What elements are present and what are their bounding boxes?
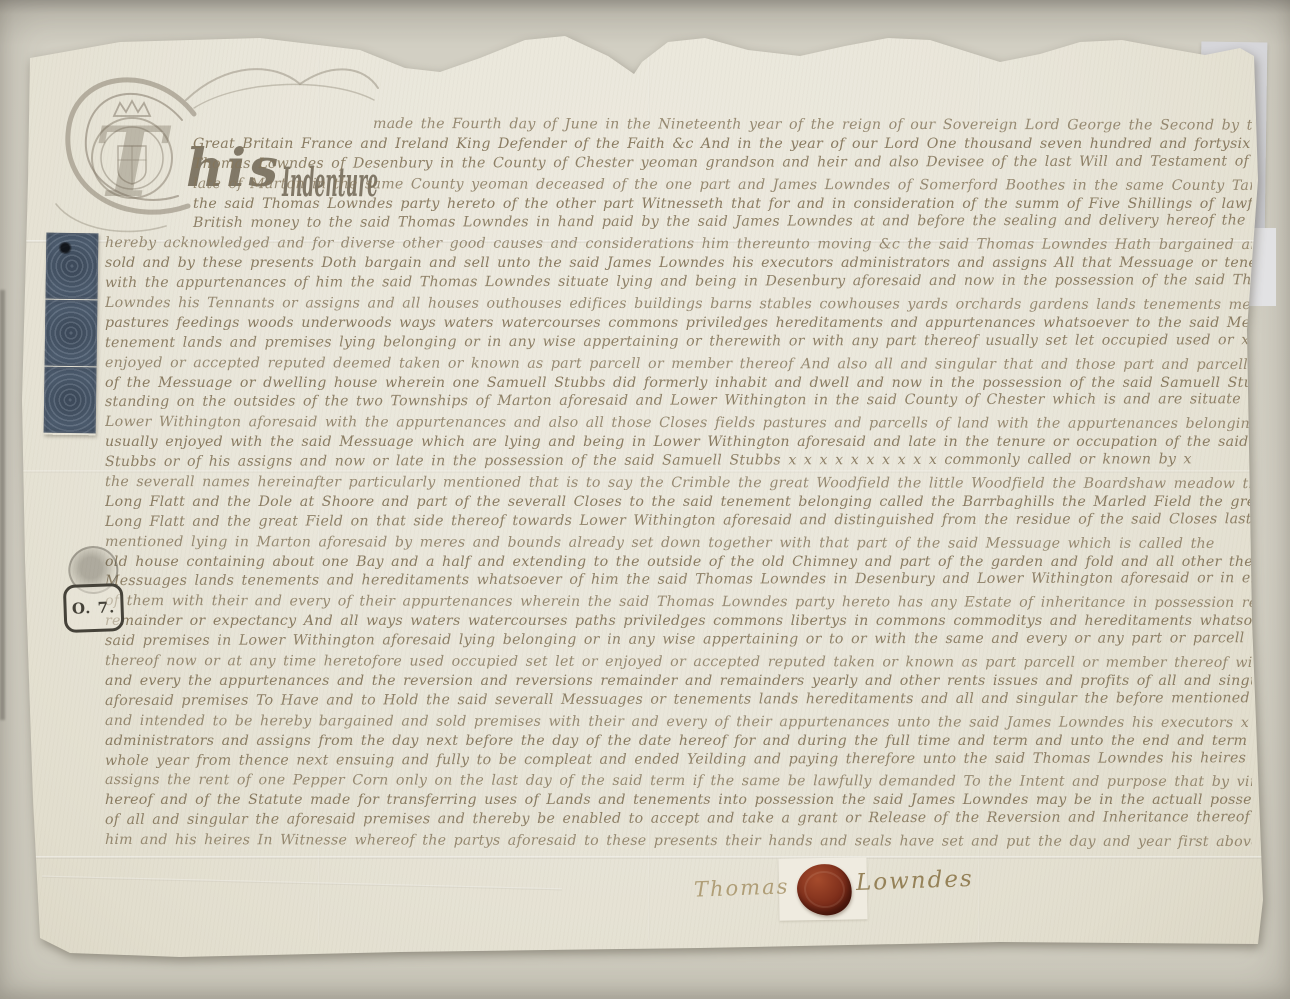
manuscript-line: him and his heires In Witnesse whereof t…	[105, 832, 1252, 854]
manuscript-line: aforesaid premises To Have and to Hold t…	[105, 690, 1252, 713]
manuscript-line: standing on the outsides of the two Town…	[105, 392, 1252, 415]
manuscript-line: hereby acknowledged and for diverse othe…	[105, 235, 1252, 257]
manuscript-line: Long Flatt and the great Field on that s…	[105, 511, 1252, 534]
manuscript-line: administrators and assigns from the day …	[105, 733, 1252, 753]
duty-stamp	[45, 300, 98, 367]
duty-stamp	[45, 233, 98, 300]
manuscript-line: Great Britain France and Ireland King De…	[193, 136, 1252, 156]
manuscript-line: of all and singular the aforesaid premis…	[105, 809, 1252, 832]
parchment-wrap: T his Indenture made the Fourth day of J…	[0, 0, 1290, 999]
manuscript-line: tenement lands and premises lying belong…	[105, 332, 1252, 355]
blue-duty-stamps	[44, 233, 99, 436]
manuscript-line: with the appurtenances of him the said T…	[105, 272, 1252, 295]
signature-first-name: Thomas	[694, 874, 790, 901]
manuscript-line: the severall names hereinafter particula…	[105, 474, 1252, 496]
duty-stamp	[44, 367, 97, 434]
manuscript-line: enjoyed or accepted reputed deemed taken…	[105, 355, 1252, 377]
manuscript-line: Thomas Lowndes of Desenbury in the Count…	[193, 153, 1252, 175]
framed-indenture-photo: T his Indenture made the Fourth day of J…	[0, 0, 1290, 999]
manuscript-line: assigns the rent of one Pepper Corn only…	[105, 772, 1252, 794]
manuscript-line: Stubbs or of his assigns and now or late…	[105, 451, 1252, 474]
manuscript-line: Lowndes his Tennants or assigns and all …	[105, 295, 1252, 317]
manuscript-line: Messuages lands tenements and hereditame…	[105, 571, 1252, 594]
manuscript-line: Lower Withington aforesaid with the appu…	[105, 414, 1252, 436]
manuscript-line: British money to the said Thomas Lowndes…	[193, 213, 1252, 235]
manuscript-line: made the Fourth day of June in the Ninet…	[373, 116, 1252, 137]
parchment-sheet: T his Indenture made the Fourth day of J…	[0, 0, 1290, 999]
manuscript-line: thereof now or at any time heretofore us…	[105, 653, 1252, 675]
signature-surname: Lowndes	[856, 866, 975, 896]
duty-mark-text: O. 7.	[72, 598, 116, 618]
manuscript-line: of them with their and every of their ap…	[105, 593, 1252, 615]
manuscript-text: made the Fourth day of June in the Ninet…	[105, 116, 1252, 858]
fold-crease-diagonal	[42, 876, 562, 891]
manuscript-line: late of Marton in the same County yeoman…	[193, 176, 1252, 198]
manuscript-line: said premises in Lower Withington afores…	[105, 630, 1252, 653]
manuscript-line: whole year from thence next ensuing and …	[105, 750, 1252, 773]
duty-mark-box: O. 7.	[63, 583, 125, 633]
manuscript-line: and intended to be hereby bargained and …	[105, 713, 1252, 735]
duty-mark-o7: O. 7.	[58, 545, 127, 635]
manuscript-line: mentioned lying in Marton aforesaid by m…	[105, 534, 1252, 556]
